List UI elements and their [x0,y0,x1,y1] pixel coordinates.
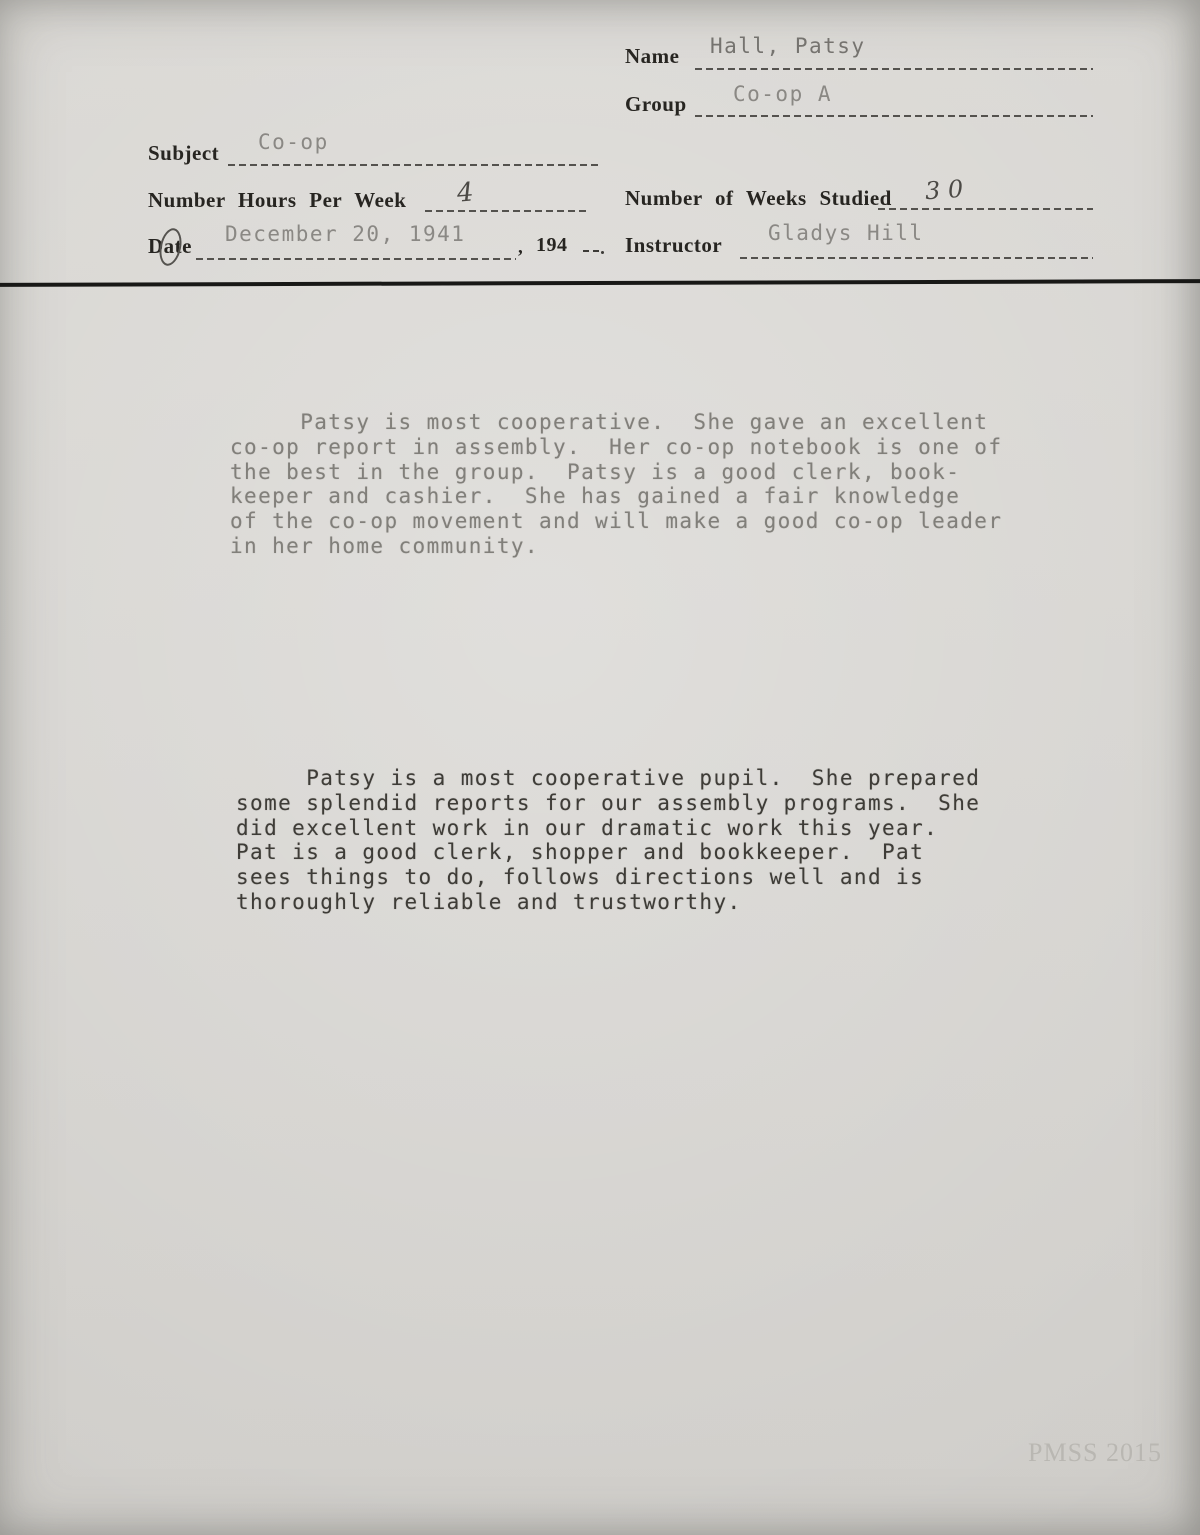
report-paragraph-2: Patsy is a most cooperative pupil. She p… [236,766,1026,915]
date-value: December 20, 1941 [225,222,465,246]
hours-per-week-label: Number Hours Per Week [148,188,406,213]
date-comma: , [518,237,523,259]
instructor-value: Gladys Hill [768,221,924,245]
name-label: Name [625,44,679,69]
weeks-studied-value-handwritten: 3 0 [924,175,964,206]
group-label: Group [625,92,687,117]
archive-watermark: PMSS 2015 [1028,1438,1162,1468]
report-paragraph-1: Patsy is most cooperative. She gave an e… [230,410,1040,559]
weeks-studied-label: Number of Weeks Studied [625,186,892,211]
subject-value: Co-op [258,130,329,154]
date-year-fill-dashes [583,250,599,252]
date-fill-line [196,258,516,260]
hours-per-week-value-handwritten: 4 [456,177,475,208]
group-fill-line [695,115,1093,117]
section-divider-rule [0,279,1200,287]
date-year-prefix: 194 [536,234,568,257]
instructor-fill-line [740,257,1093,259]
scanned-report-card-page: Name Hall, Patsy Group Co-op A Subject C… [0,0,1200,1535]
instructor-label: Instructor [625,233,722,258]
weeks-studied-fill-line [878,208,1093,210]
subject-label: Subject [148,141,219,166]
hours-per-week-fill-line [425,210,588,212]
name-value: Hall, Patsy [710,34,866,58]
date-oval-pen-mark [156,226,184,268]
name-fill-line [695,68,1093,70]
group-value: Co-op A [733,82,832,106]
subject-fill-line [228,164,600,166]
date-year-fill-dot [601,251,604,254]
